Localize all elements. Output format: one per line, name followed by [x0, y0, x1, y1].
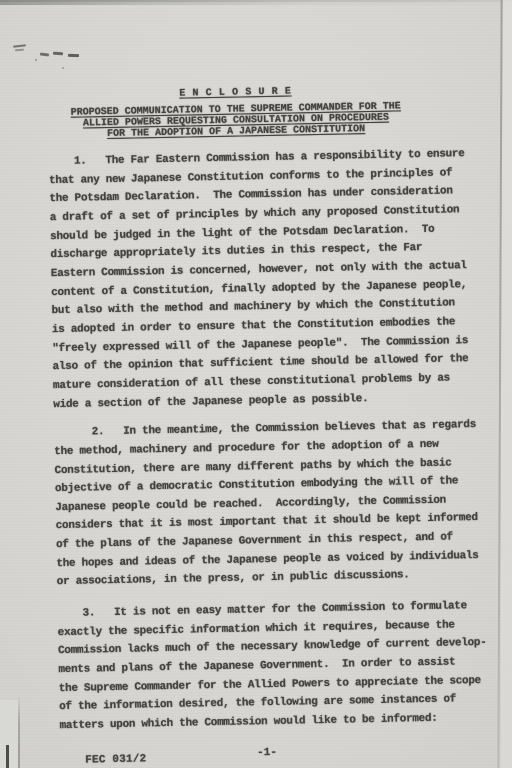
footer-page-number: -1-: [257, 747, 277, 759]
footer-document-number: FEC 031/2: [85, 753, 146, 766]
page-corner-fold: [0, 700, 18, 768]
scan-edge-bottom-left: [6, 745, 9, 768]
paragraph-2: 2. In the meantime, the Commission belie…: [54, 416, 487, 592]
document-content: E N C L O S U R E PROPOSED COMMUNICATION…: [46, 0, 491, 768]
paragraph-1: 1. The Far Eastern Commission has a resp…: [49, 145, 484, 414]
document-body: 1. The Far Eastern Commission has a resp…: [49, 145, 490, 736]
paragraph-3: 3. It is not en easy matter for the Comm…: [57, 597, 489, 736]
pencil-mark: [35, 59, 37, 61]
page-fold-line: [18, 695, 20, 768]
scanned-document-page: E N C L O S U R E PROPOSED COMMUNICATION…: [0, 0, 512, 768]
document-title: PROPOSED COMMUNICATION TO THE SUPREME CO…: [48, 101, 425, 141]
scan-edge-right-backing: [501, 0, 512, 768]
enclosure-heading: E N C L O S U R E: [179, 86, 291, 99]
pencil-mark: [15, 49, 24, 52]
pencil-mark: [13, 44, 26, 47]
